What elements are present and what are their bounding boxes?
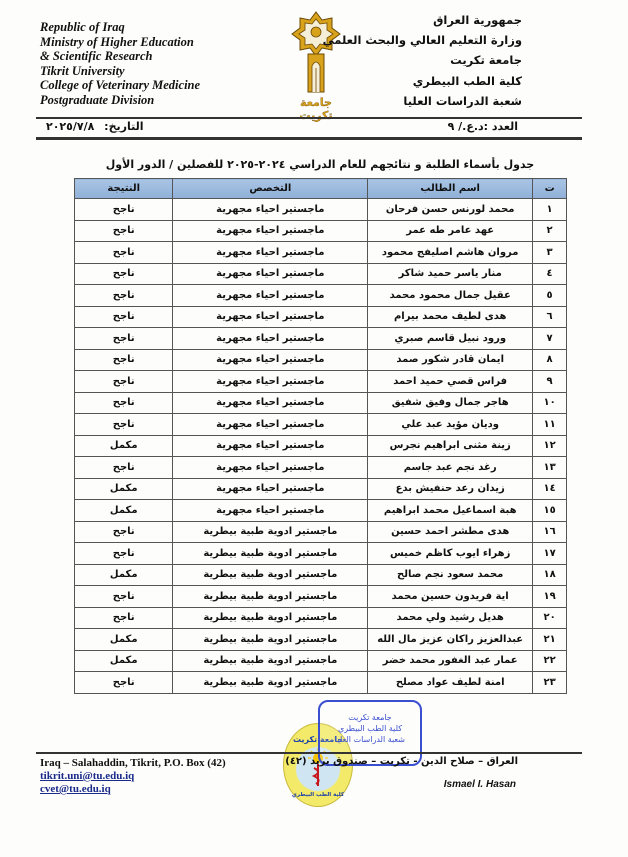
header-divider-bottom [36, 137, 582, 140]
row-number: ٢٣ [533, 672, 567, 694]
table-row: ١٧زهراء ايوب كاظم خميسماجستير ادوية طبية… [75, 543, 567, 565]
result: ناجح [75, 392, 173, 414]
specialization: ماجستير ادوية طبية بيطرية [173, 564, 368, 586]
result: مكمل [75, 564, 173, 586]
row-number: ٩ [533, 371, 567, 393]
row-number: ٥ [533, 285, 567, 307]
specialization: ماجستير احياء مجهرية [173, 285, 368, 307]
student-name: زيدان رعد حنفيش بدع [368, 478, 533, 500]
specialization: ماجستير احياء مجهرية [173, 478, 368, 500]
student-name: وديان مؤيد عبد علي [368, 414, 533, 436]
table-row: ١٠هاجر جمال وفيق شفيقماجستير احياء مجهري… [75, 392, 567, 414]
table-row: ١١وديان مؤيد عبد عليماجستير احياء مجهرية… [75, 414, 567, 436]
table-row: ٢٠هديل رشيد ولي محمدماجستير ادوية طبية ب… [75, 607, 567, 629]
specialization: ماجستير احياء مجهرية [173, 199, 368, 221]
row-number: ١ [533, 199, 567, 221]
specialization: ماجستير احياء مجهرية [173, 414, 368, 436]
row-number: ١١ [533, 414, 567, 436]
result: مكمل [75, 650, 173, 672]
specialization: ماجستير احياء مجهرية [173, 392, 368, 414]
table-row: ١محمد لورنس حسن فرحانماجستير احياء مجهري… [75, 199, 567, 221]
ar-line-ministry: وزارة التعليم العالي والبحث العلمي [323, 30, 522, 50]
student-name: زهراء ايوب كاظم خميس [368, 543, 533, 565]
email-link-college[interactable]: cvet@tu.edu.iq [40, 783, 111, 795]
specialization: ماجستير احياء مجهرية [173, 306, 368, 328]
row-number: ١٤ [533, 478, 567, 500]
specialization: ماجستير احياء مجهرية [173, 242, 368, 264]
result: ناجح [75, 328, 173, 350]
result: مكمل [75, 478, 173, 500]
specialization: ماجستير احياء مجهرية [173, 220, 368, 242]
specialization: ماجستير احياء مجهرية [173, 371, 368, 393]
student-name: عمار عبد الغفور محمد خضر [368, 650, 533, 672]
student-name: ورود نبيل قاسم صبري [368, 328, 533, 350]
arabic-letterhead: جمهورية العراق وزارة التعليم العالي والب… [323, 10, 522, 111]
table-row: ٢عهد عامر طه عمرماجستير احياء مجهريةناجح [75, 220, 567, 242]
header-divider-top [36, 117, 582, 119]
row-number: ٤ [533, 263, 567, 285]
table-row: ٦هدى لطيف محمد بيرامماجستير احياء مجهرية… [75, 306, 567, 328]
result: ناجح [75, 672, 173, 694]
en-line-division: Postgraduate Division [40, 93, 200, 108]
student-name: اية فريدون حسين محمد [368, 586, 533, 608]
student-name: هدى لطيف محمد بيرام [368, 306, 533, 328]
specialization: ماجستير ادوية طبية بيطرية [173, 543, 368, 565]
stamp-line-university: جامعة تكريت [320, 712, 420, 723]
result: ناجح [75, 586, 173, 608]
specialization: ماجستير احياء مجهرية [173, 435, 368, 457]
document-title: جدول بأسماء الطلبة و نتائجهم للعام الدرا… [60, 158, 580, 171]
row-number: ١٨ [533, 564, 567, 586]
row-number: ٣ [533, 242, 567, 264]
student-name: ايمان قادر شكور صمد [368, 349, 533, 371]
svg-text:كلية الطب البيطري: كلية الطب البيطري [292, 791, 345, 798]
student-name: محمد سعود نجم صالح [368, 564, 533, 586]
column-header-result: النتيجة [75, 179, 173, 199]
student-name: مروان هاشم اصليفج محمود [368, 242, 533, 264]
row-number: ١٩ [533, 586, 567, 608]
specialization: ماجستير احياء مجهرية [173, 349, 368, 371]
specialization: ماجستير ادوية طبية بيطرية [173, 586, 368, 608]
student-name: عبدالعزيز راكان عزيز مال الله [368, 629, 533, 651]
student-name: محمد لورنس حسن فرحان [368, 199, 533, 221]
ar-line-country: جمهورية العراق [323, 10, 522, 30]
result: ناجح [75, 306, 173, 328]
table-row: ١٨محمد سعود نجم صالحماجستير ادوية طبية ب… [75, 564, 567, 586]
row-number: ٦ [533, 306, 567, 328]
result: مكمل [75, 435, 173, 457]
column-header-number: ت [533, 179, 567, 199]
table-row: ١٤زيدان رعد حنفيش بدعماجستير احياء مجهري… [75, 478, 567, 500]
result: مكمل [75, 500, 173, 522]
student-name: عقيل جمال محمود محمد [368, 285, 533, 307]
table-row: ٨ايمان قادر شكور صمدماجستير احياء مجهرية… [75, 349, 567, 371]
result: ناجح [75, 457, 173, 479]
en-line-ministry-2: & Scientific Research [40, 49, 200, 64]
specialization: ماجستير احياء مجهرية [173, 263, 368, 285]
row-number: ١٠ [533, 392, 567, 414]
date-label: التاريخ: [104, 120, 143, 133]
ar-line-college: كلية الطب البيطري [323, 71, 522, 91]
specialization: ماجستير ادوية طبية بيطرية [173, 607, 368, 629]
result: ناجح [75, 349, 173, 371]
result: ناجح [75, 199, 173, 221]
student-name: هاجر جمال وفيق شفيق [368, 392, 533, 414]
specialization: ماجستير ادوية طبية بيطرية [173, 672, 368, 694]
row-number: ٧ [533, 328, 567, 350]
student-name: منار ياسر حميد شاكر [368, 263, 533, 285]
specialization: ماجستير احياء مجهرية [173, 328, 368, 350]
stamp-line-division: شعبة الدراسات العليا [320, 734, 420, 745]
table-row: ١٩اية فريدون حسين محمدماجستير ادوية طبية… [75, 586, 567, 608]
specialization: ماجستير احياء مجهرية [173, 500, 368, 522]
row-number: ٢ [533, 220, 567, 242]
date-value: ٢٠٢٥/٧/٨ [46, 120, 94, 133]
row-number: ١٣ [533, 457, 567, 479]
en-line-college: College of Veterinary Medicine [40, 78, 200, 93]
table-row: ٣مروان هاشم اصليفج محمودماجستير احياء مج… [75, 242, 567, 264]
student-name: هدى مطشر احمد حسين [368, 521, 533, 543]
en-line-country: Republic of Iraq [40, 20, 200, 35]
row-number: ١٥ [533, 500, 567, 522]
result: ناجح [75, 543, 173, 565]
results-table: ت اسم الطالب التخصص النتيجة ١محمد لورنس … [74, 178, 567, 694]
row-number: ٢١ [533, 629, 567, 651]
table-row: ١٦هدى مطشر احمد حسينماجستير ادوية طبية ب… [75, 521, 567, 543]
footer-english-contact: Iraq – Salahaddin, Tikrit, P.O. Box (42)… [40, 757, 226, 796]
student-name: امنة لطيف عواد مصلح [368, 672, 533, 694]
result: مكمل [75, 629, 173, 651]
row-number: ١٢ [533, 435, 567, 457]
table-row: ١٥هبة اسماعيل محمد ابراهيمماجستير احياء … [75, 500, 567, 522]
specialization: ماجستير ادوية طبية بيطرية [173, 650, 368, 672]
column-header-student-name: اسم الطالب [368, 179, 533, 199]
footer-divider [36, 752, 582, 754]
row-number: ٢٠ [533, 607, 567, 629]
footer-address-ar: العراق – صلاح الدين - تكريت – صندوق بريد… [285, 756, 518, 767]
reference-number: العدد :د.ع./ ٩ [448, 120, 518, 133]
student-name: رغد نجم عبد جاسم [368, 457, 533, 479]
result: ناجح [75, 242, 173, 264]
ar-line-university: جامعة تكريت [323, 50, 522, 70]
row-number: ٨ [533, 349, 567, 371]
student-name: هديل رشيد ولي محمد [368, 607, 533, 629]
table-row: ١٣رغد نجم عبد جاسمماجستير احياء مجهريةنا… [75, 457, 567, 479]
specialization: ماجستير ادوية طبية بيطرية [173, 629, 368, 651]
student-name: عهد عامر طه عمر [368, 220, 533, 242]
student-name: فراس قصي حميد احمد [368, 371, 533, 393]
en-line-ministry: Ministry of Higher Education [40, 35, 200, 50]
result: ناجح [75, 263, 173, 285]
result: ناجح [75, 607, 173, 629]
signature-name: Ismael I. Hasan [444, 779, 516, 790]
table-row: ٤منار ياسر حميد شاكرماجستير احياء مجهرية… [75, 263, 567, 285]
result: ناجح [75, 521, 173, 543]
specialization: ماجستير ادوية طبية بيطرية [173, 521, 368, 543]
ar-line-division: شعبة الدراسات العليا [323, 91, 522, 111]
result: ناجح [75, 371, 173, 393]
english-letterhead: Republic of Iraq Ministry of Higher Educ… [40, 20, 200, 108]
table-row: ٩فراس قصي حميد احمدماجستير احياء مجهريةن… [75, 371, 567, 393]
table-header-row: ت اسم الطالب التخصص النتيجة [75, 179, 567, 199]
en-line-university: Tikrit University [40, 64, 200, 79]
student-name: هبة اسماعيل محمد ابراهيم [368, 500, 533, 522]
result: ناجح [75, 285, 173, 307]
footer-address-en: Iraq – Salahaddin, Tikrit, P.O. Box (42) [40, 757, 226, 770]
table-row: ٢٣امنة لطيف عواد مصلحماجستير ادوية طبية … [75, 672, 567, 694]
row-number: ١٦ [533, 521, 567, 543]
table-row: ٧ورود نبيل قاسم صبريماجستير احياء مجهرية… [75, 328, 567, 350]
stamp-line-college: كلية الطب البيطري [320, 723, 420, 734]
row-number: ١٧ [533, 543, 567, 565]
result: ناجح [75, 414, 173, 436]
table-row: ٢٢عمار عبد الغفور محمد خضرماجستير ادوية … [75, 650, 567, 672]
document-date: التاريخ: ٢٠٢٥/٧/٨ [46, 120, 143, 133]
row-number: ٢٢ [533, 650, 567, 672]
specialization: ماجستير احياء مجهرية [173, 457, 368, 479]
email-link-university[interactable]: tikrit.uni@tu.edu.iq [40, 770, 134, 782]
student-name: زينة مثنى ابراهيم نجرس [368, 435, 533, 457]
table-row: ٥عقيل جمال محمود محمدماجستير احياء مجهري… [75, 285, 567, 307]
column-header-specialization: التخصص [173, 179, 368, 199]
table-row: ١٢زينة مثنى ابراهيم نجرسماجستير احياء مج… [75, 435, 567, 457]
result: ناجح [75, 220, 173, 242]
table-row: ٢١عبدالعزيز راكان عزيز مال اللهماجستير ا… [75, 629, 567, 651]
